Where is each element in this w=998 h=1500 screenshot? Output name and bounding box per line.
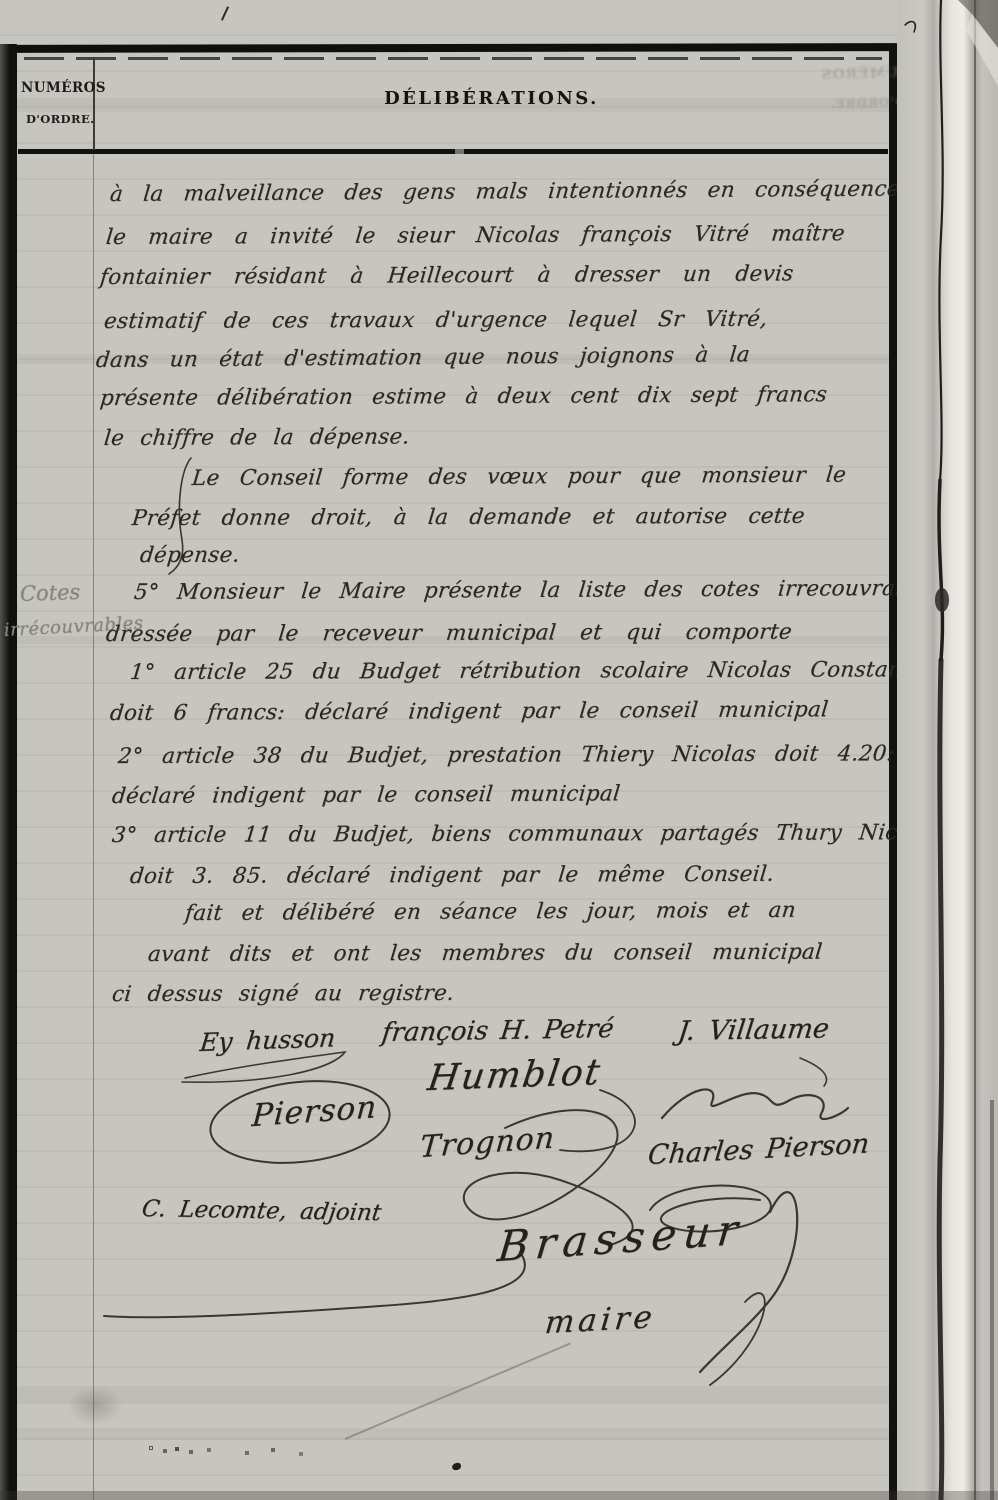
signature-brasseur-maire: Brasseur bbox=[495, 1205, 747, 1272]
manuscript-line: doit 3. 85. déclaré indigent par le même… bbox=[129, 862, 776, 889]
manuscript-line: dans un état d'estimation que nous joign… bbox=[95, 342, 751, 373]
manuscript-line: fontainier résidant à Heillecourt à dres… bbox=[99, 261, 795, 290]
manuscript-line: doit 6 francs: déclaré indigent par le c… bbox=[109, 697, 830, 726]
manuscript-line: Préfet donne droit, à la demande et auto… bbox=[131, 504, 806, 531]
maire-flourish-tail bbox=[710, 1293, 765, 1385]
book-gutter bbox=[897, 0, 998, 1500]
page-title: DÉLIBÉRATIONS. bbox=[93, 88, 890, 109]
manuscript-line: 1° article 25 du Budget rétribution scol… bbox=[129, 657, 913, 685]
illegible-signature-flourish bbox=[662, 1089, 848, 1119]
manuscript-line: estimatif de ces travaux d'urgence leque… bbox=[103, 307, 769, 334]
manuscript-line: à la malveillance des gens mals intentio… bbox=[109, 176, 901, 207]
manuscript-line: 5° Monsieur le Maire présente la liste d… bbox=[133, 576, 942, 605]
signature-humblot: Humblot bbox=[425, 1052, 604, 1099]
manuscript-line: le maire a invité le sieur Nicolas franç… bbox=[105, 221, 846, 250]
column-divider bbox=[93, 154, 94, 1500]
signature-villaume: J. Villaume bbox=[676, 1013, 831, 1047]
signature-petre: françois H. Petré bbox=[380, 1014, 615, 1048]
page-edge-line bbox=[974, 0, 976, 1500]
ink-specks bbox=[150, 1447, 152, 1449]
signature-pierson: Pierson bbox=[251, 1089, 379, 1134]
scan-streak bbox=[0, 1386, 998, 1402]
manuscript-line: 3° article 11 du Budjet, biens communaux… bbox=[111, 820, 944, 848]
ink-blot bbox=[451, 1462, 461, 1471]
signature-charles-pierson: Charles Pierson bbox=[646, 1128, 870, 1171]
manuscript-line: ci dessus signé au registre. bbox=[111, 981, 456, 1007]
header-bottom-rule bbox=[18, 149, 888, 154]
manuscript-line: le chiffre de la dépense. bbox=[103, 424, 411, 451]
manuscript-line: dressée par le receveur municipal et qui… bbox=[105, 620, 793, 647]
frame-border-right bbox=[889, 44, 897, 1500]
manuscript-line: Le Conseil forme des vœux pour que monsi… bbox=[191, 463, 848, 491]
manuscript-line: avant dits et ont les membres du conseil… bbox=[147, 940, 824, 967]
register-page-scan: NUMÉROS D'ORDRE. DÉLIBÉRATIONS. NUMÉROS … bbox=[0, 0, 998, 1500]
manuscript-line: déclaré indigent par le conseil municipa… bbox=[111, 781, 622, 809]
signature-trognon: Trognon bbox=[418, 1120, 556, 1165]
manuscript-line: dépense. bbox=[139, 543, 241, 568]
manuscript-line: 2° article 38 du Budjet, prestation Thie… bbox=[117, 741, 896, 769]
lecomte-paraph bbox=[104, 1252, 525, 1317]
column-header-numeros: NUMÉROS bbox=[21, 80, 91, 96]
signature-husson: Ey husson bbox=[198, 1023, 336, 1057]
frame-border-left bbox=[0, 44, 17, 1500]
scan-bottom-shadow bbox=[0, 1491, 998, 1500]
signature-lecomte-adjoint: C. Lecomte, adjoint bbox=[140, 1196, 383, 1226]
margin-note-line1: Cotes bbox=[20, 580, 81, 606]
column-header-dordre: D'ORDRE. bbox=[26, 112, 90, 126]
scan-streak bbox=[0, 1428, 998, 1440]
villaume-paraph bbox=[800, 1058, 827, 1086]
manuscript-line: fait et délibéré en séance les jour, moi… bbox=[184, 898, 797, 926]
paper-smudge bbox=[55, 1378, 135, 1433]
signature-maire-title: maire bbox=[543, 1299, 658, 1341]
manuscript-line: présente délibération estime à deux cent… bbox=[99, 382, 829, 411]
frame-inner-dashed-rule bbox=[24, 57, 882, 60]
frame-border-top bbox=[10, 43, 897, 53]
stray-pen-mark bbox=[221, 6, 229, 20]
humblot-flourish bbox=[560, 1090, 635, 1151]
